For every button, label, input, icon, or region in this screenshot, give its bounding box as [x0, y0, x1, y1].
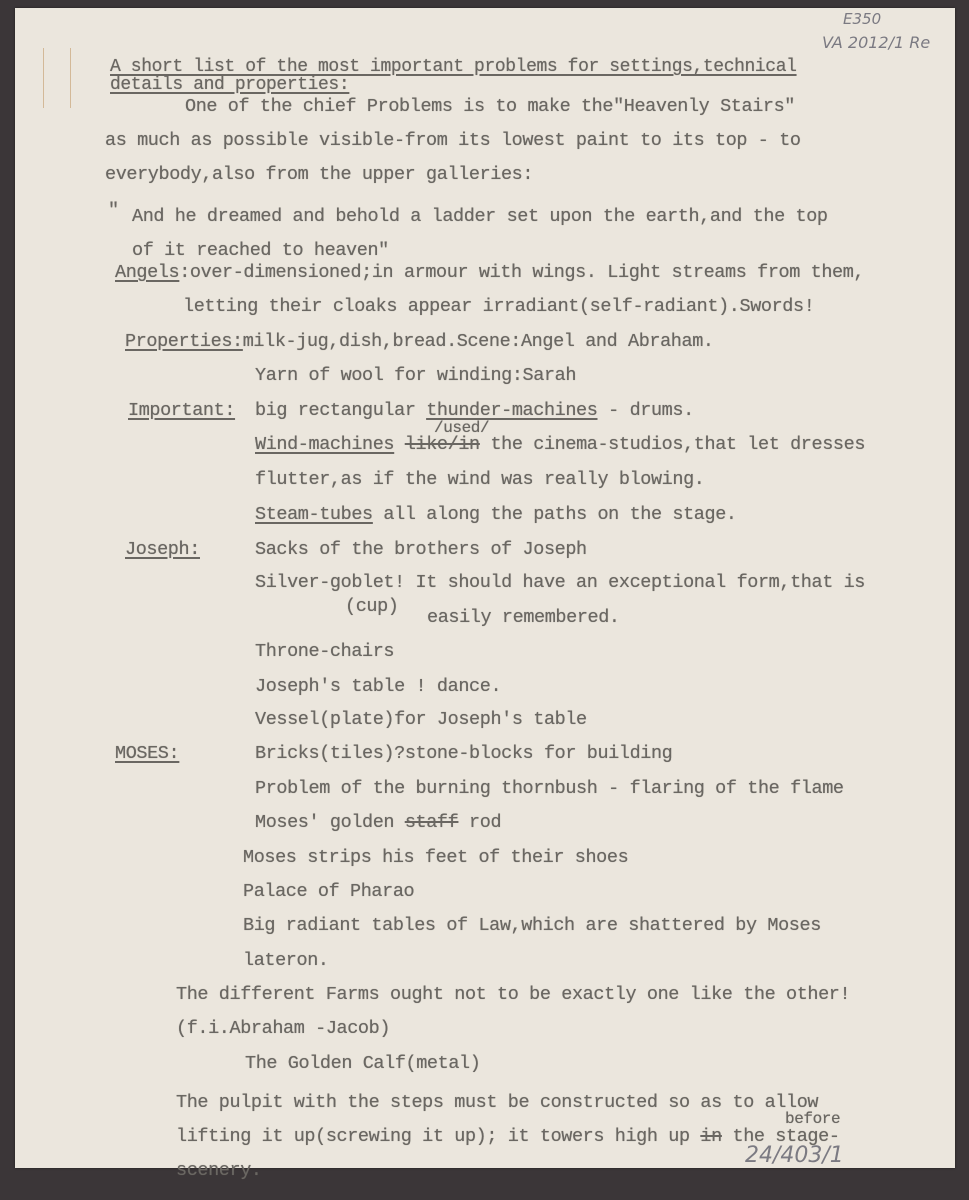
properties-label: Properties:: [125, 331, 243, 352]
moses-item: lateron.: [243, 950, 329, 971]
intro-line-3: everybody,also from the upper galleries:: [105, 164, 533, 185]
important-line-2: Wind-machines like/in the cinema-studios…: [255, 434, 865, 455]
important-label: Important:: [128, 400, 235, 421]
archive-annotation-top: E350: [843, 10, 881, 28]
joseph-item: Sacks of the brothers of Joseph: [255, 539, 587, 560]
pulpit-line-1: The pulpit with the steps must be constr…: [176, 1092, 818, 1113]
heading-line-2: details and properties:: [110, 75, 349, 95]
archive-annotation-reference: VA 2012/1 Re: [822, 33, 930, 52]
angels-line-2: letting their cloaks appear irradiant(se…: [183, 296, 814, 317]
moses-item: Big radiant tables of Law,which are shat…: [243, 915, 821, 936]
farms-line-2: (f.i.Abraham -Jacob): [176, 1018, 390, 1039]
quote-line-1: And he dreamed and behold a ladder set u…: [132, 206, 828, 227]
angels-line-1: Angels:over-dimensioned;in armour with w…: [115, 262, 864, 283]
moses-item: Problem of the burning thornbush - flari…: [255, 778, 844, 799]
intro-line-2: as much as possible visible-from its low…: [105, 130, 801, 151]
properties-line-2: Yarn of wool for winding:Sarah: [255, 365, 576, 386]
joseph-item: Vessel(plate)for Joseph's table: [255, 709, 587, 730]
quote-line-2: of it reached to heaven": [132, 240, 389, 261]
moses-item: Moses strips his feet of their shoes: [243, 847, 628, 868]
moses-item-rod: Moses' golden staff rod: [255, 812, 501, 833]
moses-item: Palace of Pharao: [243, 881, 414, 902]
joseph-item-cup: (cup): [345, 596, 399, 617]
farms-line-1: The different Farms ought not to be exac…: [176, 984, 850, 1005]
paper-crease: [43, 48, 44, 108]
joseph-item: Silver-goblet! It should have an excepti…: [255, 572, 865, 593]
important-line-1: big rectangular thunder-machines - drums…: [255, 400, 694, 421]
golden-calf-line: The Golden Calf(metal): [245, 1053, 480, 1074]
properties-line-1: Properties:milk-jug,dish,bread.Scene:Ang…: [125, 331, 714, 352]
pulpit-line-2: lifting it up(screwing it up); it towers…: [176, 1126, 840, 1147]
joseph-item: Joseph's table ! dance.: [255, 676, 501, 697]
pulpit-line-3: scenery.: [176, 1160, 262, 1181]
joseph-label: Joseph:: [125, 539, 200, 560]
angels-label: Angels: [115, 262, 179, 283]
quote-mark: ": [108, 200, 119, 221]
moses-item: Bricks(tiles)?stone-blocks for building: [255, 743, 672, 764]
moses-label: MOSES:: [115, 743, 179, 764]
intro-line-1: One of the chief Problems is to make the…: [185, 96, 795, 117]
important-line-4: Steam-tubes all along the paths on the s…: [255, 504, 737, 525]
joseph-item: Throne-chairs: [255, 641, 394, 662]
heading-line-1: A short list of the most important probl…: [110, 57, 797, 77]
important-line-3: flutter,as if the wind was really blowin…: [255, 469, 704, 490]
paper-crease: [70, 48, 71, 108]
joseph-item: easily remembered.: [427, 607, 620, 628]
